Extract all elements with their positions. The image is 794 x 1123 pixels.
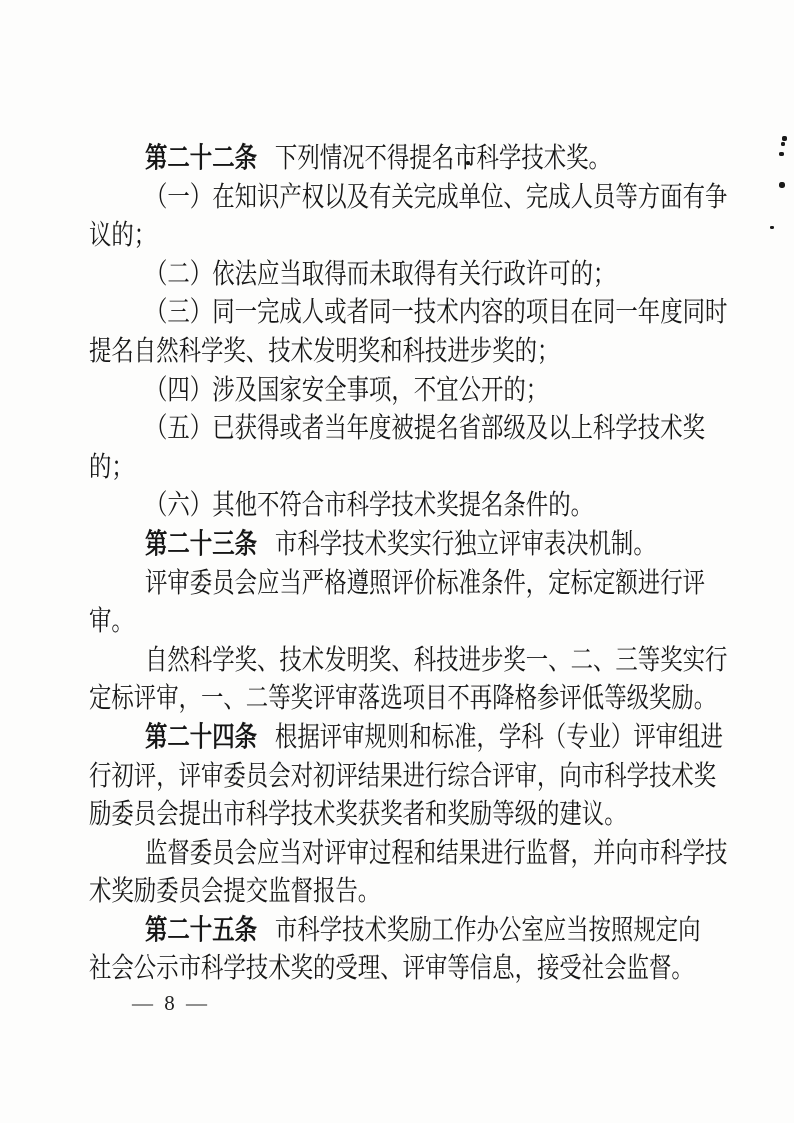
ink-speck bbox=[781, 142, 785, 146]
line-text: （三）同一完成人或者同一技术内容的项目在同一年度同时 bbox=[145, 297, 727, 328]
line-text: 术奖励委员会提交监督报告。 bbox=[89, 876, 380, 907]
text-line-3: 议的； bbox=[89, 217, 737, 256]
text-line-13: 审。 bbox=[89, 603, 737, 642]
line-text: 审。 bbox=[89, 606, 134, 637]
line-text: 提名自然科学奖、技术发明奖和科技进步奖的； bbox=[89, 336, 559, 367]
line-text: 议的； bbox=[89, 220, 156, 251]
text-line-22: 社会公示市科学技术奖的受理、评审等信息，接受社会监督。 bbox=[89, 950, 737, 989]
line-text: （二）依法应当取得而未取得有关行政许可的； bbox=[145, 259, 615, 290]
text-line-18: 励委员会提出市科学技术奖获奖者和奖励等级的建议。 bbox=[89, 796, 737, 835]
line-text: （六）其他不符合市科学技术奖提名条件的。 bbox=[145, 490, 593, 521]
document-body: 第二十二条下列情况不得提名市科学技术奖。（一）在知识产权以及有关完成单位、完成人… bbox=[89, 140, 794, 989]
text-line-19: 监督委员会应当对评审过程和结果进行监督，并向市科学技 bbox=[89, 835, 737, 874]
ink-speck bbox=[779, 182, 785, 188]
ink-speck bbox=[770, 226, 774, 229]
line-text: 定标评审，一、二等奖评审落选项目不再降格参评低等级奖励。 bbox=[89, 683, 716, 714]
text-line-11: 第二十三条市科学技术奖实行独立评审表决机制。 bbox=[89, 526, 737, 565]
line-text: 市科学技术奖励工作办公室应当按照规定向 bbox=[275, 915, 701, 946]
line-text: 监督委员会应当对评审过程和结果进行监督，并向市科学技 bbox=[145, 838, 727, 869]
line-text: 评审委员会应当严格遵照评价标准条件，定标定额进行评 bbox=[145, 568, 705, 599]
text-line-16: 第二十四条根据评审规则和标准，学科（专业）评审组进 bbox=[89, 719, 737, 758]
text-line-8: （五）已获得或者当年度被提名省部级及以上科学技术奖 bbox=[89, 410, 737, 449]
text-line-10: （六）其他不符合市科学技术奖提名条件的。 bbox=[89, 487, 737, 526]
text-line-7: （四）涉及国家安全事项，不宜公开的； bbox=[89, 372, 737, 411]
line-text: 市科学技术奖实行独立评审表决机制。 bbox=[275, 529, 656, 560]
line-text: 励委员会提出市科学技术奖获奖者和奖励等级的建议。 bbox=[89, 799, 627, 830]
text-line-6: 提名自然科学奖、技术发明奖和科技进步奖的； bbox=[89, 333, 737, 372]
line-text: （五）已获得或者当年度被提名省部级及以上科学技术奖 bbox=[145, 413, 705, 444]
ink-speck bbox=[466, 161, 470, 165]
text-line-2: （一）在知识产权以及有关完成单位、完成人员等方面有争 bbox=[89, 179, 737, 218]
line-text: 行初评，评审委员会对初评结果进行综合评审，向市科学技术奖 bbox=[89, 761, 716, 792]
text-line-1: 第二十二条下列情况不得提名市科学技术奖。 bbox=[89, 140, 737, 179]
text-line-17: 行初评，评审委员会对初评结果进行综合评审，向市科学技术奖 bbox=[89, 758, 737, 797]
line-text: （四）涉及国家安全事项，不宜公开的； bbox=[145, 375, 548, 406]
article-number: 第二十二条 bbox=[145, 143, 257, 174]
article-number: 第二十四条 bbox=[145, 722, 257, 753]
text-line-5: （三）同一完成人或者同一技术内容的项目在同一年度同时 bbox=[89, 294, 737, 333]
page-number: — 8 — bbox=[132, 988, 210, 1018]
text-line-14: 自然科学奖、技术发明奖、科技进步奖一、二、三等奖实行 bbox=[89, 642, 737, 681]
line-text: 根据评审规则和标准，学科（专业）评审组进 bbox=[275, 722, 723, 753]
text-line-21: 第二十五条市科学技术奖励工作办公室应当按照规定向 bbox=[89, 912, 737, 951]
line-text: 社会公示市科学技术奖的受理、评审等信息，接受社会监督。 bbox=[89, 953, 694, 984]
line-text: 的； bbox=[89, 452, 134, 483]
text-line-9: 的； bbox=[89, 449, 737, 488]
line-text: （一）在知识产权以及有关完成单位、完成人员等方面有争 bbox=[145, 182, 727, 213]
line-text: 下列情况不得提名市科学技术奖。 bbox=[275, 143, 611, 174]
ink-speck bbox=[779, 152, 784, 156]
article-number: 第二十三条 bbox=[145, 529, 257, 560]
text-line-15: 定标评审，一、二等奖评审落选项目不再降格参评低等级奖励。 bbox=[89, 680, 737, 719]
ink-speck bbox=[782, 136, 787, 141]
line-text: 自然科学奖、技术发明奖、科技进步奖一、二、三等奖实行 bbox=[145, 645, 727, 676]
text-line-12: 评审委员会应当严格遵照评价标准条件，定标定额进行评 bbox=[89, 565, 737, 604]
text-line-20: 术奖励委员会提交监督报告。 bbox=[89, 873, 737, 912]
document-page: 第二十二条下列情况不得提名市科学技术奖。（一）在知识产权以及有关完成单位、完成人… bbox=[0, 0, 794, 1123]
text-line-4: （二）依法应当取得而未取得有关行政许可的； bbox=[89, 256, 737, 295]
article-number: 第二十五条 bbox=[145, 915, 257, 946]
